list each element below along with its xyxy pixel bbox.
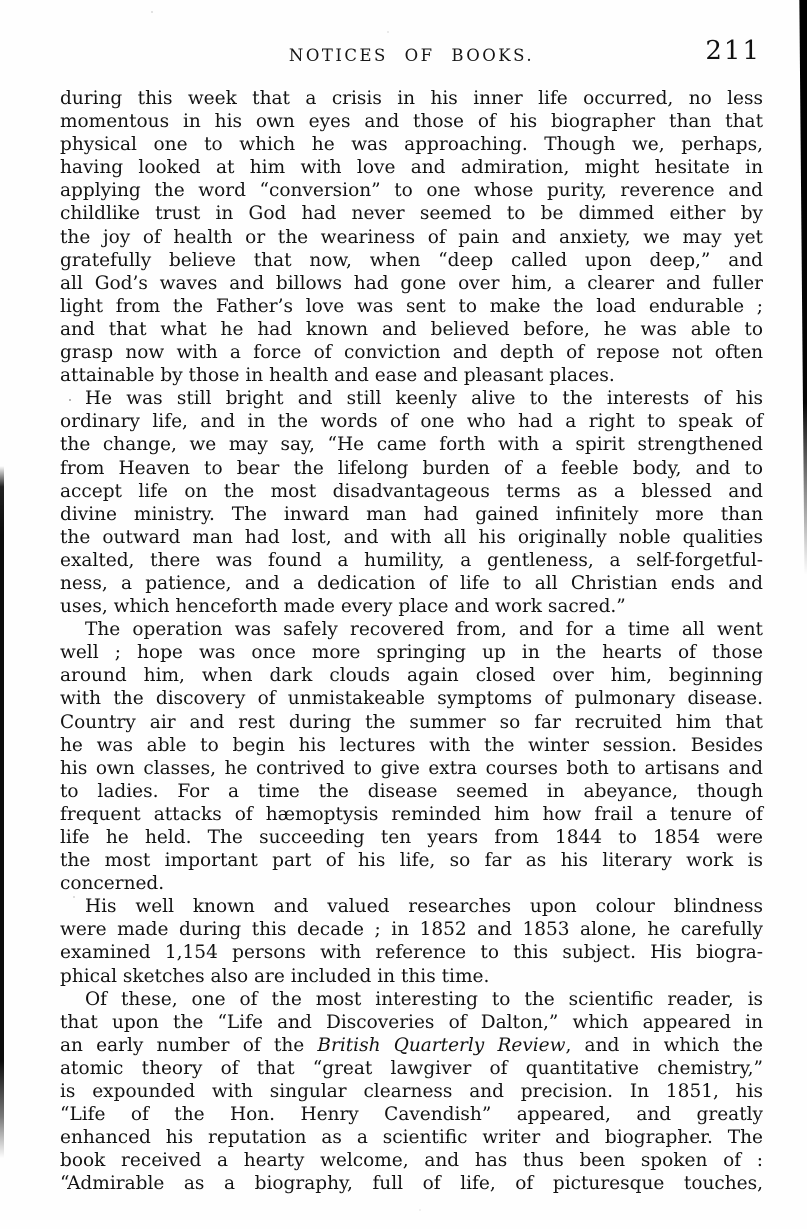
text-line: is expounded with singular clearness and… xyxy=(60,1080,763,1103)
text-line: divine ministry. The inward man had gain… xyxy=(60,503,763,526)
text-line: life he held. The succeeding ten years f… xyxy=(60,826,763,849)
text-line: Country air and rest during the summer s… xyxy=(60,711,763,734)
text-line: “Life of the Hon. Henry Cavendish” appea… xyxy=(60,1103,763,1126)
text-line: frequent attacks of hæmoptysis reminded … xyxy=(60,803,763,826)
text-line: all God’s waves and billows had gone ove… xyxy=(60,272,763,295)
text-line: and that what he had known and believed … xyxy=(60,318,763,341)
text-line: an early number of the British Quarterly… xyxy=(60,1034,763,1057)
text-line: his own classes, he contrived to give ex… xyxy=(60,757,763,780)
text-line: phical sketches also are included in thi… xyxy=(60,965,763,988)
text-line: light from the Father’s love was sent to… xyxy=(60,295,763,318)
text-line: momentous in his own eyes and those of h… xyxy=(60,110,763,133)
text-line: “Admirable as a biography, full of life,… xyxy=(60,1172,763,1195)
text-line: to ladies. For a time the disease seemed… xyxy=(60,780,763,803)
text-line: during this week that a crisis in his in… xyxy=(60,87,763,110)
book-spine-shadow xyxy=(0,466,4,1158)
text-line: applying the word “conversion” to one wh… xyxy=(60,179,763,202)
text-line: he was able to begin his lectures with t… xyxy=(60,734,763,757)
text-line: attainable by those in health and ease a… xyxy=(60,364,763,387)
text-line: having looked at him with love and admir… xyxy=(60,156,763,179)
page-header: NOTICES OF BOOKS. 211 xyxy=(60,36,763,76)
page-number: 211 xyxy=(705,36,761,66)
text-line: The operation was safely recovered from,… xyxy=(60,618,763,641)
text-line: He was still bright and still keenly ali… xyxy=(60,387,763,410)
text-line: uses, which henceforth made every place … xyxy=(60,595,763,618)
text-line: gratefully believe that now, when “deep … xyxy=(60,249,763,272)
text-line: enhanced his reputation as a scientific … xyxy=(60,1126,763,1149)
text-line: atomic theory of that “great lawgiver of… xyxy=(60,1057,763,1080)
text-line: childlike trust in God had never seemed … xyxy=(60,202,763,225)
running-title: NOTICES OF BOOKS. xyxy=(60,46,763,65)
text-line: well ; hope was once more springing up i… xyxy=(60,641,763,664)
text-line: the change, we may say, “He came forth w… xyxy=(60,433,763,456)
text-line: ordinary life, and in the words of one w… xyxy=(60,410,763,433)
text-line: around him, when dark clouds again close… xyxy=(60,664,763,687)
text-line: grasp now with a force of conviction and… xyxy=(60,341,763,364)
plain-text: , and in which the xyxy=(565,1035,763,1056)
italic-text: British Quarterly Review xyxy=(317,1035,565,1056)
body-text: during this week that a crisis in his in… xyxy=(60,87,763,1196)
text-line: examined 1,154 persons with reference to… xyxy=(60,941,763,964)
text-line: the most important part of his life, so … xyxy=(60,849,763,872)
text-line: accept life on the most disadvantageous … xyxy=(60,480,763,503)
text-line: book received a hearty welcome, and has … xyxy=(60,1149,763,1172)
text-line: from Heaven to bear the lifelong burden … xyxy=(60,457,763,480)
text-line: ness, a patience, and a dedication of li… xyxy=(60,572,763,595)
text-line: the outward man had lost, and with all h… xyxy=(60,526,763,549)
text-line: that upon the “Life and Discoveries of D… xyxy=(60,1011,763,1034)
text-line: with the discovery of unmistakeable symp… xyxy=(60,687,763,710)
text-line: His well known and valued researches upo… xyxy=(60,895,763,918)
plain-text: an early number of the xyxy=(60,1035,317,1056)
text-line: were made during this decade ; in 1852 a… xyxy=(60,918,763,941)
text-line: physical one to which he was approaching… xyxy=(60,133,763,156)
text-line: the joy of health or the weariness of pa… xyxy=(60,226,763,249)
text-line: exalted, there was found a humility, a g… xyxy=(60,549,763,572)
text-line: concerned. xyxy=(60,872,763,895)
text-line: Of these, one of the most interesting to… xyxy=(60,988,763,1011)
